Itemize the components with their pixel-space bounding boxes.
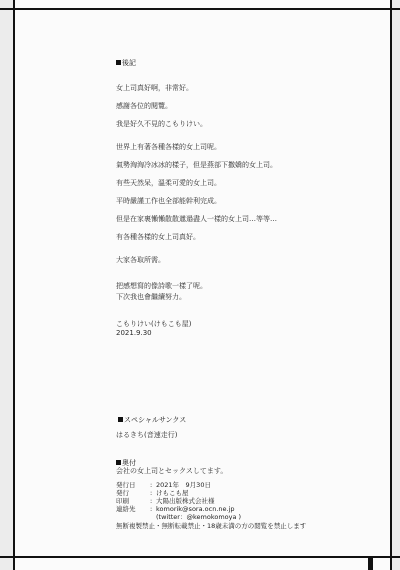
special-thanks-heading: スペシャルサンクス xyxy=(118,416,186,425)
afterword-line: 大家各取所需。 xyxy=(116,256,165,265)
afterword-line: 把感想寫的像詩歌一樣了呢。 xyxy=(116,282,207,291)
colophon-value: komorik@sora.ocn.ne.jp xyxy=(156,505,235,513)
page-margin-right xyxy=(392,0,400,570)
colophon-notice: 無断複製禁止・無断転載禁止・18歳未満の方の閲覧を禁止します xyxy=(116,522,306,530)
afterword-line: 有各種各樣的女上司真好。 xyxy=(116,233,200,242)
afterword-line: 感謝各位的閱覽。 xyxy=(116,102,172,111)
afterword-line: 有些天然呆，溫柔可愛的女上司。 xyxy=(116,179,221,188)
crop-mark-right xyxy=(390,0,392,570)
colophon-title: 会社の女上司とセックスしてます。 xyxy=(116,467,227,476)
document-page: 後記 女上司真好啊，非常好。 感謝各位的閱覽。 我是好久不見的こもりけい。 世界… xyxy=(0,0,400,570)
colophon-value: 大陽出版株式会社様 xyxy=(156,497,215,505)
colophon-key: 印刷 xyxy=(116,497,150,505)
afterword-line: 氣勢洶洶冷冰冰的樣子，但是燕部下撒嬌的女上司。 xyxy=(116,161,277,170)
signature: こもりけい(けもこも屋) xyxy=(116,320,191,329)
colophon-value: 2021年 9月30日 xyxy=(156,481,211,489)
colophon-twitter: (twitter：@kemokomoya ) xyxy=(156,513,241,521)
colophon-notice-row: 無断複製禁止・無断転載禁止・18歳未満の方の閲覧を禁止します xyxy=(116,522,306,530)
afterword-line: 世界上有著各種各樣的女上司呢。 xyxy=(116,143,221,152)
square-bullet-icon xyxy=(116,60,121,65)
colophon-key xyxy=(116,513,150,521)
afterword-heading-text: 後記 xyxy=(122,59,136,67)
square-bullet-icon xyxy=(118,417,123,422)
colophon-value: けもこも屋 xyxy=(156,489,189,497)
square-bullet-icon xyxy=(116,460,121,465)
afterword-line: 平時嚴謹工作也全部能幹利完成。 xyxy=(116,197,221,206)
colophon-row: (twitter：@kemokomoya ) xyxy=(116,513,306,521)
crop-mark-bottom xyxy=(0,556,400,558)
bleed-mark xyxy=(368,558,373,570)
signature-date: 2021.9.30 xyxy=(116,329,152,338)
colophon-key: 発行 xyxy=(116,489,150,497)
colophon-row: 印刷 : 大陽出版株式会社様 xyxy=(116,497,306,505)
colophon-table: 発行日 : 2021年 9月30日 発行 : けもこも屋 印刷 : 大陽出版株式… xyxy=(116,481,306,530)
page-margin-left xyxy=(0,0,13,570)
colophon-row: 発行 : けもこも屋 xyxy=(116,489,306,497)
afterword-line: 女上司真好啊，非常好。 xyxy=(116,84,193,93)
crop-mark-left xyxy=(13,0,15,570)
crop-mark-top xyxy=(0,8,400,10)
afterword-line: 下次我也會繼續努力。 xyxy=(116,293,186,302)
afterword-heading: 後記 xyxy=(116,59,136,68)
colophon-key: 連絡先 xyxy=(116,505,150,513)
colophon-row: 連絡先 : komorik@sora.ocn.ne.jp xyxy=(116,505,306,513)
special-thanks-heading-text: スペシャルサンクス xyxy=(124,416,186,424)
colophon-heading-text: 奥付 xyxy=(122,459,136,467)
colophon-key: 発行日 xyxy=(116,481,150,489)
colophon-row: 発行日 : 2021年 9月30日 xyxy=(116,481,306,489)
special-thanks-name: はるきち(音速走行) xyxy=(116,431,177,440)
afterword-line: 但是在家裏懶懶散散邋遢盡人一樣的女上司…等等… xyxy=(116,215,277,224)
afterword-line: 我是好久不見的こもりけい。 xyxy=(116,120,207,129)
